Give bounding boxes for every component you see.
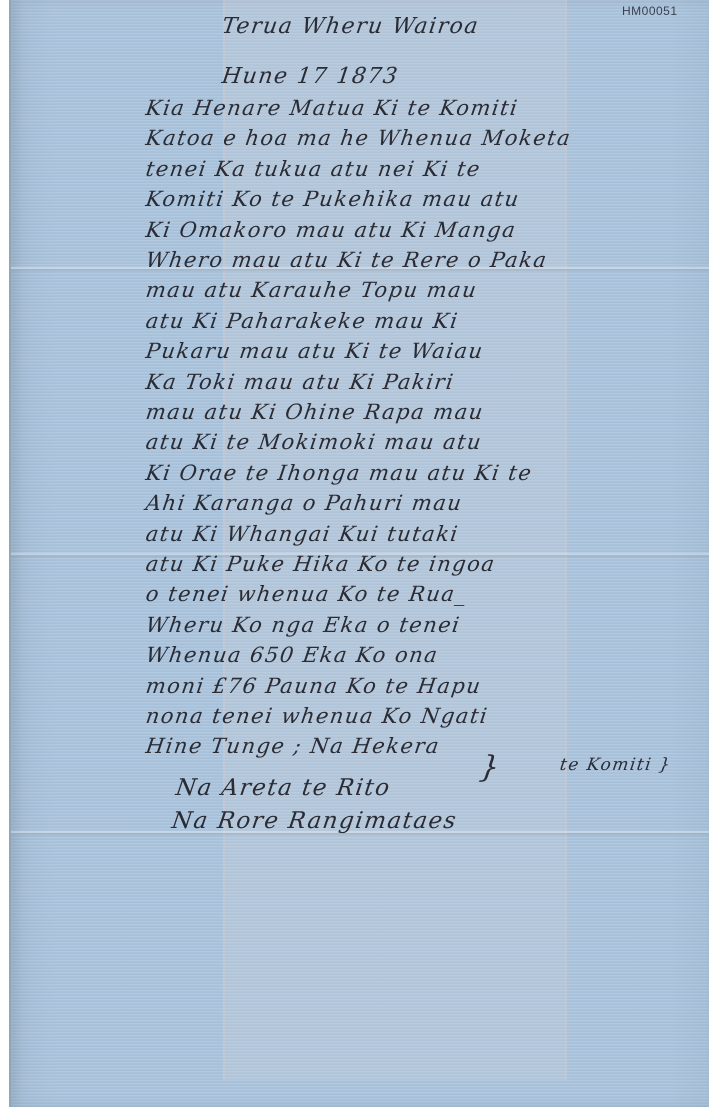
body-line: Whero mau atu Ki te Rere o Paka (144, 248, 549, 272)
body-line: atu Ki Puke Hika Ko te ingoa (144, 552, 497, 576)
header-place: Terua Wheru Wairoa (220, 14, 481, 39)
body-line: Katoa e hoa ma he Whenua Moketa (144, 126, 573, 150)
signer-1: Na Areta te Rito (174, 775, 392, 801)
body-line: Ki Orae te Ihonga mau atu Ki te (144, 461, 534, 485)
body-line: Komiti Ko te Pukehika mau atu (144, 187, 521, 211)
body-line: atu Ki Whangai Kui tutaki (144, 522, 460, 546)
body-line: mau atu Karauhe Topu mau (144, 278, 479, 302)
body-line: nona tenei whenua Ko Ngati (144, 704, 490, 728)
body-line: Whenua 650 Eka Ko ona (144, 643, 440, 667)
body-line: Wheru Ko nga Eka o tenei (144, 613, 462, 637)
header-date: Hune 17 1873 (220, 64, 400, 89)
body-line: Hine Tunge ; Na Hekera (144, 734, 441, 758)
body-line: tenei Ka tukua atu nei Ki te (144, 157, 482, 181)
body-line: Ki Omakoro mau atu Ki Manga (144, 218, 518, 242)
committee-note: te Komiti } (559, 755, 673, 775)
body-line: Ahi Karanga o Pahuri mau (144, 491, 464, 515)
body-line: Pukaru mau atu Ki te Waiau (144, 339, 485, 363)
body-line: moni £76 Pauna Ko te Hapu (144, 674, 483, 698)
signer-2: Na Rore Rangimataes (170, 808, 459, 834)
catalog-id: HM00051 (622, 4, 678, 18)
body-line: Ka Toki mau atu Ki Pakiri (144, 370, 456, 394)
body-line: o tenei whenua Ko te Rua_ (144, 582, 469, 606)
body-line: atu Ki Paharakeke mau Ki (144, 309, 460, 333)
body-line: atu Ki te Mokimoki mau atu (144, 430, 484, 454)
body-line: Kia Henare Matua Ki te Komiti (144, 96, 520, 120)
body-line: mau atu Ki Ohine Rapa mau (144, 400, 485, 424)
